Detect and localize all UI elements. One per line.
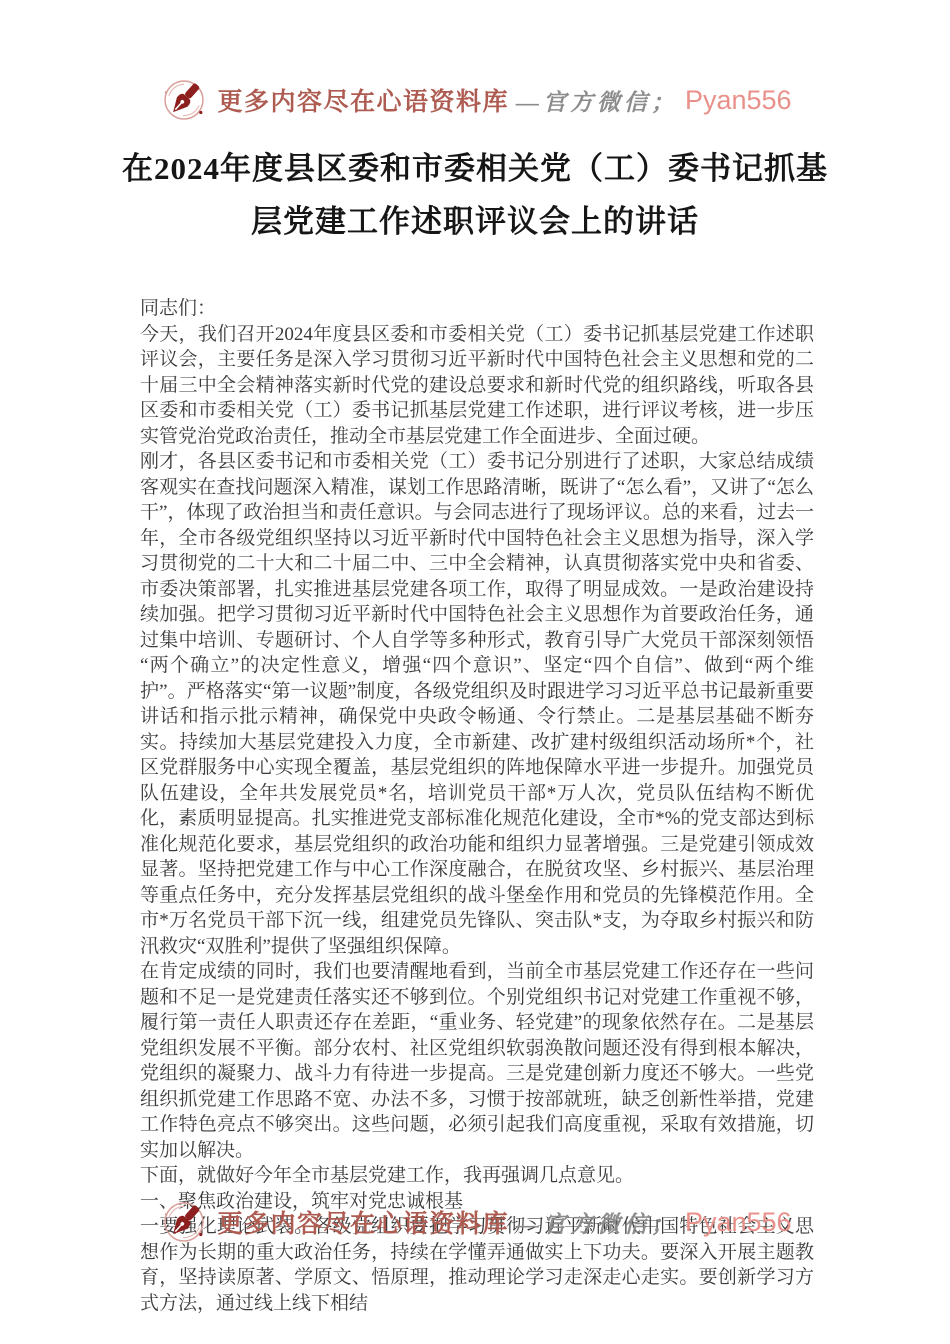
brand-wechat-id: Pyan556 <box>685 1207 792 1238</box>
brand-text: 更多内容尽在心语资料库 <box>217 82 509 118</box>
pen-nib-logo-icon <box>158 1196 210 1248</box>
paragraph-review-achievements: 刚才，各县区委书记和市委相关党（工）委书记分别进行了述职，大家总结成绩客观实在查… <box>140 449 814 959</box>
brand-text: 更多内容尽在心语资料库 <box>217 1204 509 1240</box>
paragraph-opening: 今天，我们召开2024年度县区委和市委相关党（工）委书记抓基层党建工作述职评议会… <box>140 322 814 450</box>
paragraph-transition: 下面，就做好今年全市基层党建工作，我再强调几点意见。 <box>140 1163 814 1189</box>
document-body: 同志们： 今天，我们召开2024年度县区委和市委相关党（工）委书记抓基层党建工作… <box>140 296 814 1316</box>
brand-wechat-label: —官方微信； <box>516 84 678 117</box>
brand-wechat-id: Pyan556 <box>685 85 792 116</box>
brand-wechat-label: —官方微信； <box>516 1206 678 1239</box>
footer-brand: 更多内容尽在心语资料库 —官方微信； Pyan556 <box>0 1196 950 1248</box>
pen-nib-logo-icon <box>158 74 210 126</box>
document-title: 在2024年度县区委和市委相关党（工）委书记抓基层党建工作述职评议会上的讲话 <box>112 142 838 248</box>
header-brand: 更多内容尽在心语资料库 —官方微信； Pyan556 <box>0 74 950 126</box>
document-page: 更多内容尽在心语资料库 —官方微信； Pyan556 在2024年度县区委和市委… <box>0 0 950 1344</box>
paragraph-problems: 在肯定成绩的同时，我们也要清醒地看到，当前全市基层党建工作还存在一些问题和不足一… <box>140 959 814 1163</box>
paragraph-salutation: 同志们： <box>140 296 814 322</box>
